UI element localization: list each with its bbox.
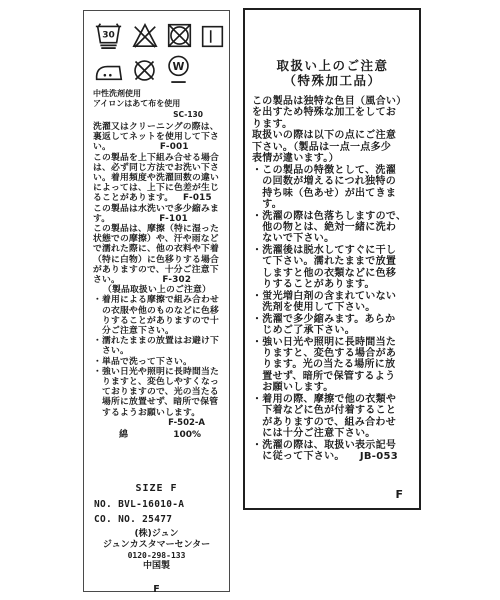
f502-code: F-502-A: [93, 418, 221, 429]
fabric-composition: 綿 100%: [93, 429, 221, 441]
special-care-instructions: この製品は独特な色目（風合い） を出すため特殊な加工をしてお ります。 取扱いの…: [252, 96, 413, 463]
company-name: (株)ジュン: [84, 529, 229, 540]
iron-icon: [93, 60, 124, 84]
product-info-block: SIZE F NO. BVL-16010-A CO. NO. 25477 (株)…: [84, 483, 229, 595]
line-dry-icon: [200, 24, 225, 49]
svg-text:W: W: [173, 60, 185, 73]
item-number: NO. BVL-16010-A: [84, 499, 229, 510]
material-percent: 100%: [173, 430, 201, 441]
bottom-mark-left: F: [84, 584, 229, 595]
customer-center: ジュンカスタマーセンター: [84, 540, 229, 551]
usage-notes: 中性洗剤使用 アイロンはあて布を使用: [93, 89, 221, 108]
do-not-bleach-icon: [131, 22, 159, 49]
do-not-dry-clean-icon: [131, 57, 158, 84]
wash-30-icon: 30: [93, 21, 124, 49]
care-labels-photo: 30: [0, 0, 500, 600]
special-care-title: 取扱い上のご注意 （特殊加工品）: [252, 58, 413, 88]
care-symbols-row-2: W: [93, 54, 221, 84]
co-number: CO. NO. 25477: [84, 514, 229, 525]
care-instructions-part1: 洗濯又はクリーニングの際は、 裏返してネットを使用して下さ い。 F-001 こ…: [93, 122, 221, 285]
phone-number: 0120-298-133: [84, 551, 229, 561]
handling-heading: （製品取扱い上のご注意）: [93, 285, 221, 295]
material-name: 綿: [119, 430, 128, 441]
bottom-mark-right: F: [395, 488, 403, 501]
svg-text:30: 30: [102, 30, 115, 40]
care-symbols-row-1: 30: [93, 21, 221, 49]
sc-code: SC-130: [93, 110, 221, 119]
size-label: SIZE F: [84, 483, 229, 494]
country-of-origin: 中国製: [84, 561, 229, 572]
wet-clean-icon: W: [165, 54, 192, 84]
care-label-left: 30: [83, 10, 230, 592]
care-instructions-part2: ・着用による摩擦で組み合わせ の衣服や他のものなどに色移 りすることがありますの…: [93, 295, 221, 417]
care-label-right: 取扱い上のご注意 （特殊加工品） この製品は独特な色目（風合い） を出すため特殊…: [243, 8, 421, 510]
do-not-tumble-dry-icon: [166, 22, 193, 49]
